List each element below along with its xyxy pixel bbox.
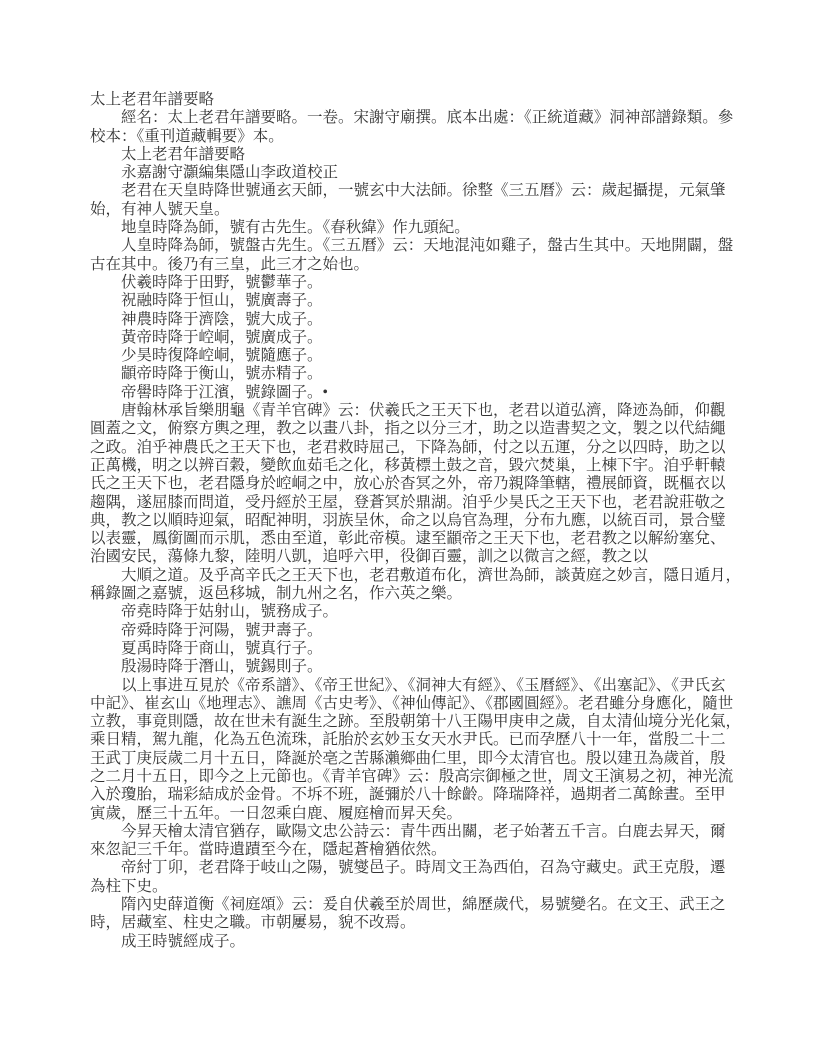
text-line: 乘日精，駕九龍，化為五色流珠，託胎於玄妙玉女天水尹氏。已而孕歷八十一年，當殷二十…: [90, 731, 730, 749]
text-line: 伏羲時降于田野，號鬱華子。: [90, 274, 730, 292]
text-line: 正萬機，明之以辨百穀，變飲血茹毛之化，移黃標土鼓之音，毀穴焚巢，上棟下宇。洎乎軒…: [90, 457, 730, 475]
text-line: 今昇天檜太清官猶存，歐陽文忠公詩云：青牛西出關，老子始著五千言。白鹿去昇天，爾: [90, 823, 730, 841]
document-page: 太上老君年譜要略經名：太上老君年譜要略。一卷。宋謝守廟撰。底本出處：《正統道藏》…: [0, 0, 816, 1056]
text-line: 帝紂丁卯，老君降于岐山之陽，號燮邑子。時周文王為西伯，召為守藏史。武王克殷，遷: [90, 859, 730, 877]
text-line: 經名：太上老君年譜要略。一卷。宋謝守廟撰。底本出處：《正統道藏》洞神部譜錄類。參: [90, 109, 730, 127]
text-line: 古在其中。後乃有三皇，此三才之始也。: [90, 256, 730, 274]
text-line: 唐翰林承旨樂朋龜《青羊官碑》云：伏羲氏之王天下也，老君以道弘濟，降迹為師，仰觀: [90, 402, 730, 420]
text-line: 夏禹時降于商山，號真行子。: [90, 640, 730, 658]
text-line: 帝堯時降于姑射山，號務成子。: [90, 603, 730, 621]
text-line: 典，教之以順時迎氣，昭配神明，羽族呈休，命之以烏官為理，分布九應，以統百司，景合…: [90, 512, 730, 530]
text-line: 治國安民，蕩條九黎，陸明八凱，追呼六甲，役御百靈，訓之以微言之經，教之以: [90, 548, 730, 566]
text-line: 稱錄圖之嘉號，返邑移城，制九州之名，作六英之樂。: [90, 585, 730, 603]
text-line: 祝融時降于恒山，號廣壽子。: [90, 292, 730, 310]
text-line: 校本：《重刊道藏輯要》本。: [90, 128, 730, 146]
text-line: 立教，事竟則隱，故在世未有誕生之跡。至殷朝第十八王陽甲庚申之歲，自太清仙境分光化…: [90, 713, 730, 731]
text-line: 圓蓋之文，俯察方輿之理，教之以畫八卦，指之以分三才，助之以造書契之文，製之以代結…: [90, 420, 730, 438]
text-line: 為柱下史。: [90, 878, 730, 896]
text-line: 來忽記三千年。當時遺蹟至今在，隱起蒼檜猶依然。: [90, 841, 730, 859]
text-line: 永嘉謝守灝編集隱山李政道校正: [90, 164, 730, 182]
text-line: 中記》、崔玄山《地理志》、譙周《古史考》、《神仙傳記》、《郡國圓經》。老君雖分身…: [90, 695, 730, 713]
text-line: 入於瓊胎，瑞彩結成於金骨。不坼不班，誕彌於八十餘齡。降瑞降祥，過期者二萬餘晝。至…: [90, 786, 730, 804]
text-line: 殷湯時降于潛山，號錫則子。: [90, 658, 730, 676]
text-line: 成王時號經成子。: [90, 933, 730, 951]
text-line: 老君在天皇時降世號通玄天師，一號玄中大法師。徐整《三五曆》云：歲起攝提，元氣肇: [90, 182, 730, 200]
text-line: 寅歲，歷三十五年。一日忽乘白鹿、履庭檜而昇天矣。: [90, 805, 730, 823]
text-line: 太上老君年譜要略: [90, 146, 730, 164]
text-line: 始，有神人號天皇。: [90, 201, 730, 219]
text-line: 以上事进互見於《帝系譜》、《帝王世紀》、《洞神大有經》、《玉曆經》、《出塞記》、…: [90, 677, 730, 695]
text-line: 隋內史薛道衡《祠庭頌》云：爰自伏羲至於周世，綿歷歲代，易號變名。在文王、武王之: [90, 896, 730, 914]
document-text-block: 太上老君年譜要略經名：太上老君年譜要略。一卷。宋謝守廟撰。底本出處：《正統道藏》…: [90, 91, 730, 951]
text-line: 以表靈，鳳銜圖而示肌，悉由至道，彰此帝模。逮至顓帝之王天下也，老君教之以解紛塞兌…: [90, 530, 730, 548]
text-line: 之二月十五日，即今之上元節也。《青羊官碑》云：殷高宗御極之世，周文王演易之初，神…: [90, 768, 730, 786]
text-line: 神農時降于濟陰，號大成子。: [90, 311, 730, 329]
text-line: 黃帝時降于崆峒，號廣成子。: [90, 329, 730, 347]
text-line: 顓帝時降于衡山，號赤精子。: [90, 365, 730, 383]
text-line: 大順之道。及乎高辛氏之王天下也，老君敷道布化，濟世為師，談黃庭之妙言，隱日遁月，: [90, 567, 730, 585]
text-line: 趨隅，遂屈膝而問道，受丹經於王屋，登蒼冥於鼎湖。洎乎少昊氏之王天下也，老君說莊敬…: [90, 494, 730, 512]
text-line: 王武丁庚辰歲二月十五日，降誕於亳之苦縣瀨鄉曲仁里，即今太清官也。殷以建丑為歲首，…: [90, 750, 730, 768]
text-line: 時，居藏室、柱史之職。市朝屢易，貌不改焉。: [90, 914, 730, 932]
text-line: 帝嚳時降于江濱，號錄圖子。•: [90, 384, 730, 402]
text-line: 之政。洎乎神農氏之王天下也，老君救時屈己，下降為師，付之以五運，分之以四時，助之…: [90, 439, 730, 457]
text-line: 人皇時降為師，號盤古先生。《三五曆》云：天地混沌如雞子，盤古生其中。天地開闢，盤: [90, 237, 730, 255]
text-line: 地皇時降為師，號有古先生。《春秋緯》作九頭紀。: [90, 219, 730, 237]
text-line: 太上老君年譜要略: [90, 91, 730, 109]
text-line: 少昊時復降崆峒，號隨應子。: [90, 347, 730, 365]
text-line: 氏之王天下也，老君隱身於崆峒之中，放心於杳冥之外，帝乃親降筆轄，禮展師資，既樞衣…: [90, 475, 730, 493]
text-line: 帝舜時降于河陽，號尹壽子。: [90, 622, 730, 640]
